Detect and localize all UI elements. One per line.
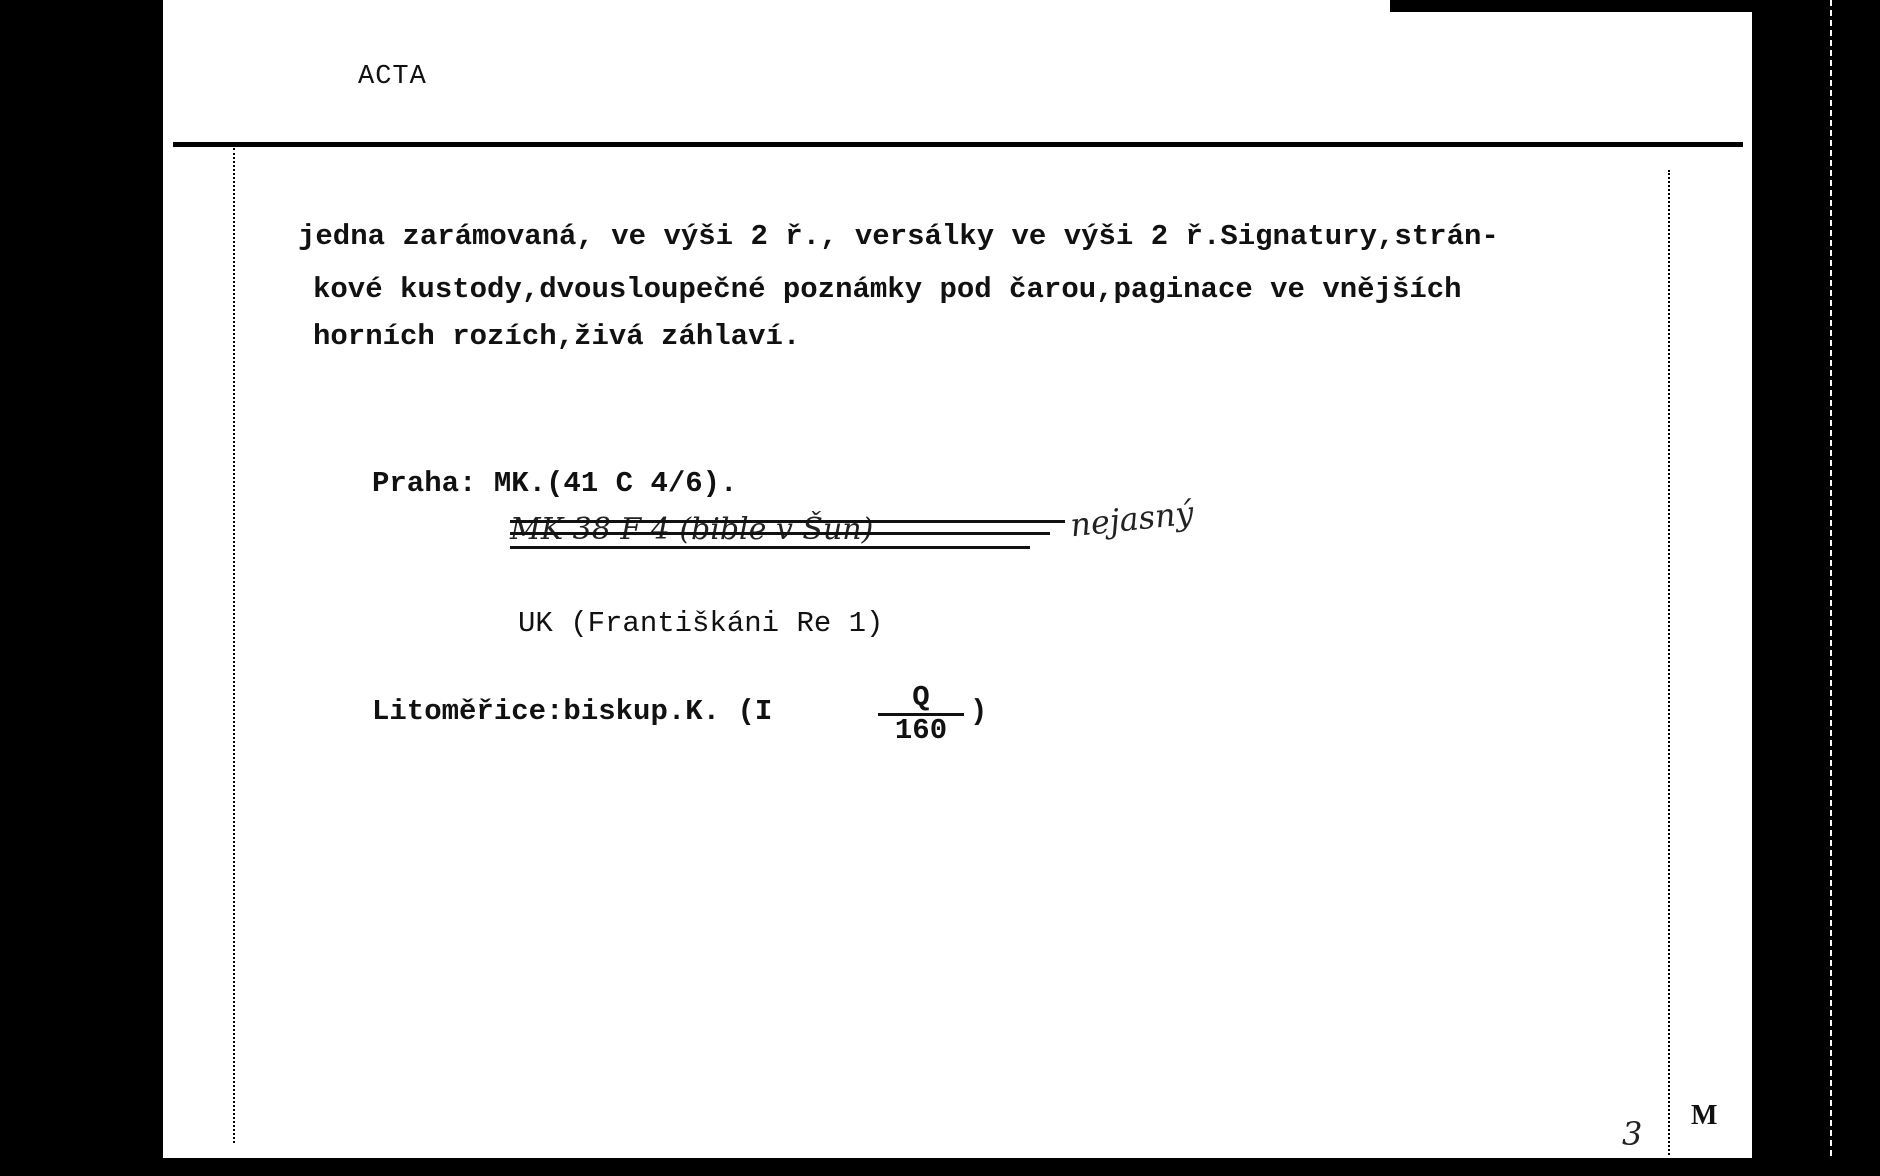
fraction-numerator: Q <box>880 683 962 713</box>
holding-litomerice: Litoměřice:biskup.K. (I <box>372 695 772 728</box>
corner-mark: M <box>1691 1100 1717 1132</box>
holding-litomerice-close: ) <box>970 695 987 728</box>
strikethrough-lines <box>510 512 1070 562</box>
description-line-2: kové kustody,dvousloupečné poznámky pod … <box>313 273 1462 306</box>
scan-border-bottom <box>0 1158 1880 1176</box>
fraction-denominator: 160 <box>880 716 962 746</box>
catalog-card <box>163 0 1753 1160</box>
description-line-1: jedna zarámovaná, ve výši 2 ř., versálky… <box>298 220 1499 253</box>
scan-border-right <box>1752 0 1880 1176</box>
header-rule <box>173 142 1743 147</box>
description-line-3: horních rozích,živá záhlaví. <box>313 320 800 353</box>
holding-uk: UK (Františkáni Re 1) <box>518 607 883 640</box>
shelfmark-fraction: Q 160 <box>880 683 962 746</box>
right-margin-line <box>1668 170 1670 1155</box>
holding-praha: Praha: MK.(41 C 4/6). <box>372 467 737 500</box>
card-header-title: ACTA <box>358 62 427 92</box>
left-margin-line <box>233 148 235 1143</box>
scan-artifact-line <box>1830 0 1832 1176</box>
page-number: 3 <box>1622 1115 1642 1153</box>
